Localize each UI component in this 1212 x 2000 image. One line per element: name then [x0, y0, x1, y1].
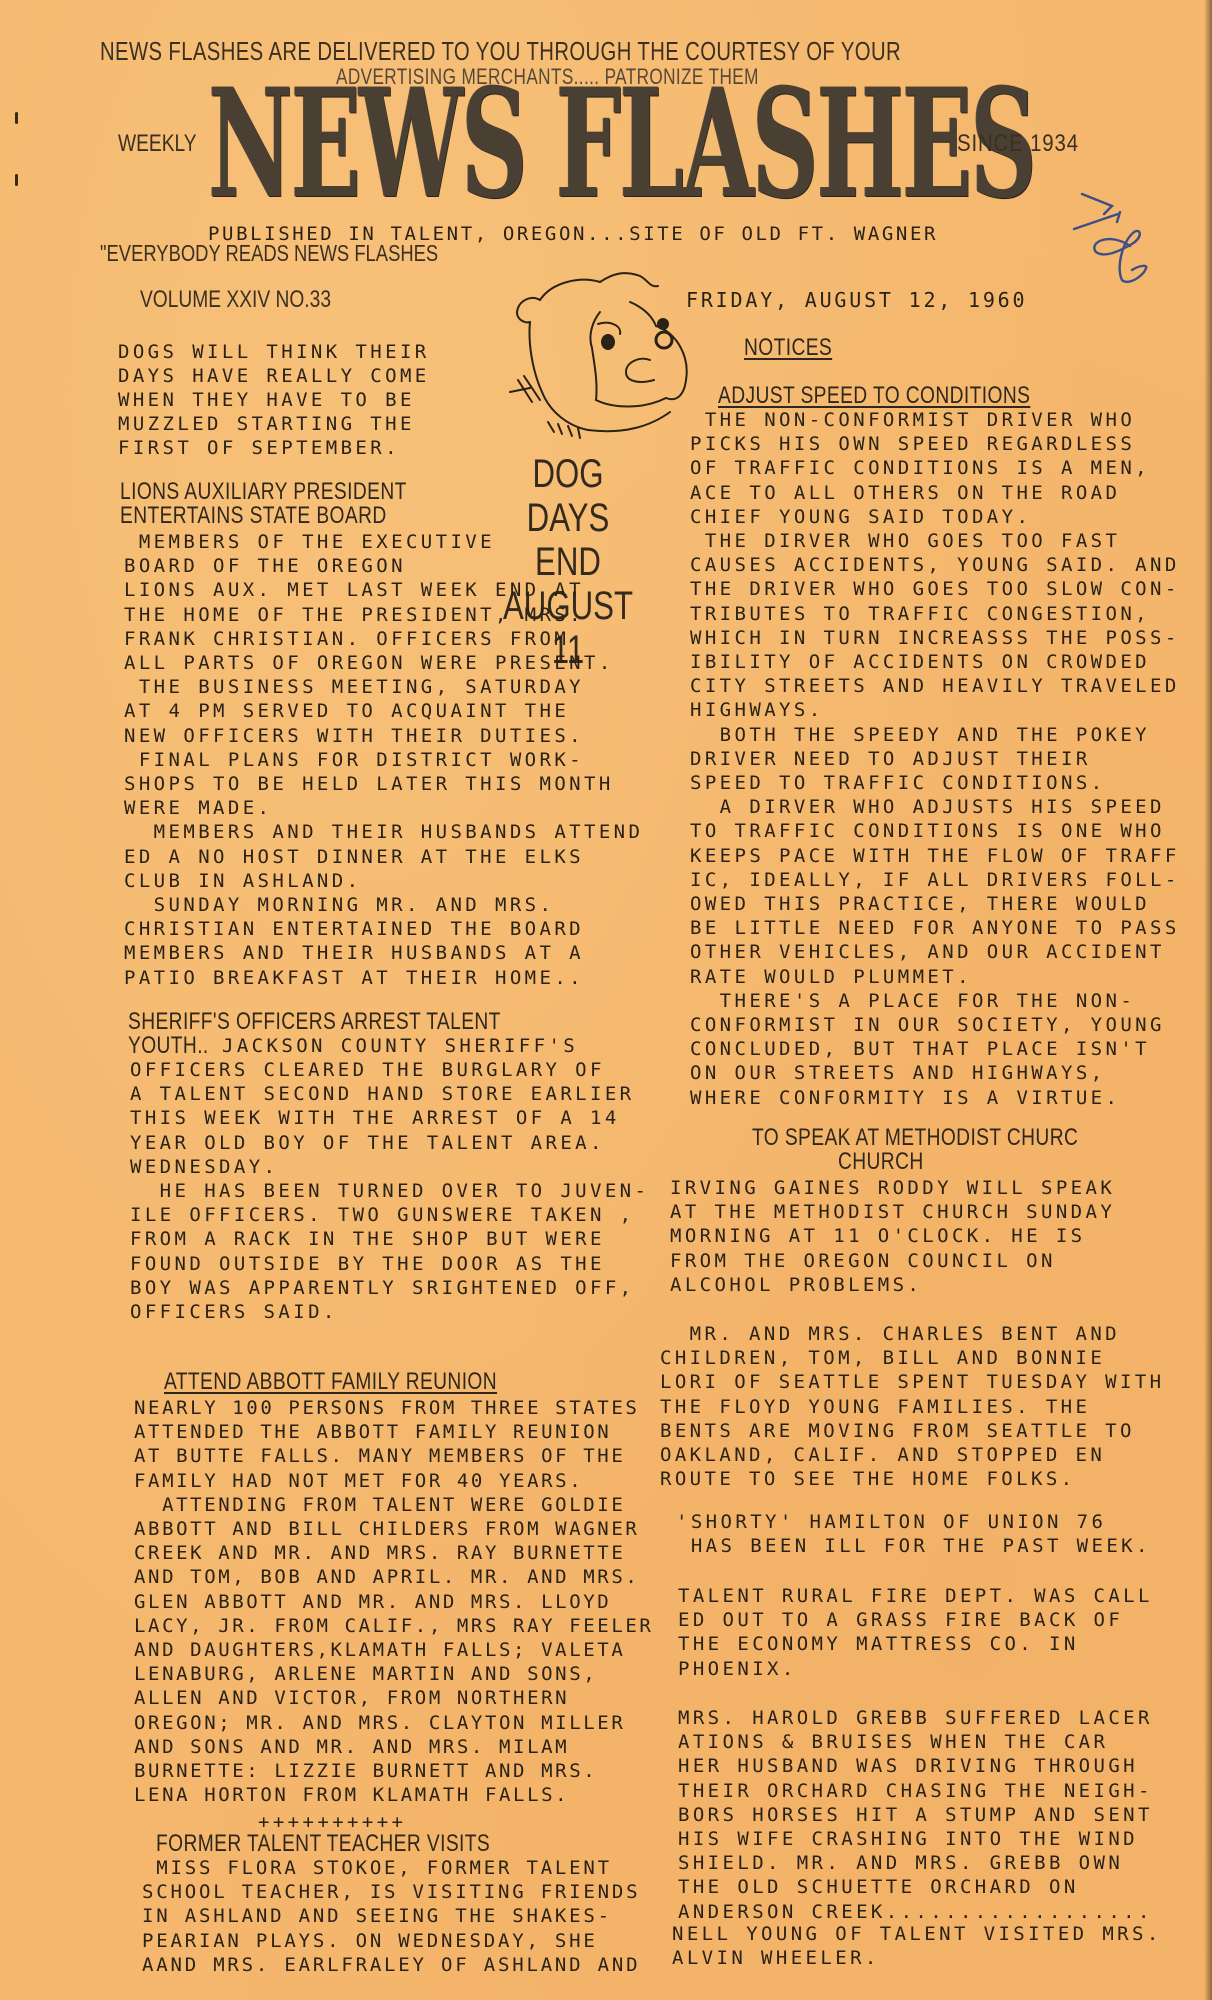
article-line: OFFICERS CLEARED THE BURGLARY OF — [130, 1058, 649, 1082]
article-line: PHOENIX. — [678, 1657, 1153, 1681]
article-line: LACY, JR. FROM CALIF., MRS RAY FEELER — [134, 1614, 653, 1638]
article-line: ABBOTT AND BILL CHILDERS FROM WAGNER — [134, 1517, 653, 1541]
article-line: OAKLAND, CALIF. AND STOPPED EN — [660, 1443, 1165, 1467]
article-line: LORI OF SEATTLE SPENT TUESDAY WITH — [660, 1370, 1165, 1394]
article-line: SHIELD. MR. AND MRS. GREBB OWN — [678, 1851, 1153, 1875]
teacher-article-body: MISS FLORA STOKOE, FORMER TALENTSCHOOL T… — [142, 1856, 640, 1977]
article-line: MR. AND MRS. CHARLES BENT AND — [660, 1322, 1165, 1346]
article-line: MEMBERS AND THEIR HUSBANDS ATTEND — [124, 820, 643, 844]
article-line: 'SHORTY' HAMILTON OF UNION 76 — [676, 1510, 1151, 1534]
article-line: CAUSES ACCIDENTS, YOUNG SAID. AND — [690, 553, 1180, 577]
article-line: LIONS AUX. MET LAST WEEK END AT — [124, 578, 643, 602]
methodist-headline-2: CHURCH — [838, 1150, 924, 1174]
article-line: PICKS HIS OWN SPEED REGARDLESS — [690, 432, 1180, 456]
lions-article-body: MEMBERS OF THE EXECUTIVEBOARD OF THE ORE… — [124, 530, 643, 990]
issue-date: FRIDAY, AUGUST 12, 1960 — [686, 288, 1027, 312]
article-line: FROM THE OREGON COUNCIL ON — [670, 1249, 1115, 1273]
article-line: CONFORMIST IN OUR SOCIETY, YOUNG — [690, 1013, 1180, 1037]
methodist-headline: TO SPEAK AT METHODIST CHURC — [752, 1126, 1078, 1150]
article-line: SCHOOL TEACHER, IS VISITING FRIENDS — [142, 1880, 640, 1904]
sheriff-article-first-line: JACKSON COUNTY SHERIFF'S — [222, 1034, 578, 1058]
teacher-headline: FORMER TALENT TEACHER VISITS — [156, 1832, 490, 1856]
article-line: LENABURG, ARLENE MARTIN AND SONS, — [134, 1662, 653, 1686]
article-line: AT BUTTE FALLS. MANY MEMBERS OF THE — [134, 1444, 653, 1468]
article-line: JACKSON COUNTY SHERIFF'S — [222, 1034, 578, 1058]
article-line: PATIO BREAKFAST AT THEIR HOME.. — [124, 966, 643, 990]
article-line: IC, IDEALLY, IF ALL DRIVERS FOLL- — [690, 868, 1180, 892]
article-line: A DIRVER WHO ADJUSTS HIS SPEED — [690, 795, 1180, 819]
article-line: AAND MRS. EARLFRALEY OF ASHLAND AND — [142, 1953, 640, 1977]
masthead-title: NEWS FLASHES — [208, 74, 654, 214]
article-line: MEMBERS OF THE EXECUTIVE — [124, 530, 643, 554]
article-line: ED A NO HOST DINNER AT THE ELKS — [124, 845, 643, 869]
article-line: IN ASHLAND AND SEEING THE SHAKES- — [142, 1904, 640, 1928]
article-line: TALENT RURAL FIRE DEPT. WAS CALL — [678, 1584, 1153, 1608]
article-line: ALCOHOL PROBLEMS. — [670, 1273, 1115, 1297]
methodist-article-body: IRVING GAINES RODDY WILL SPEAKAT THE MET… — [670, 1176, 1115, 1297]
article-line: HIS WIFE CRASHING INTO THE WIND — [678, 1827, 1153, 1851]
article-line: MRS. HAROLD GREBB SUFFERED LACER — [678, 1706, 1153, 1730]
article-line: FAMILY HAD NOT MET FOR 40 YEARS. — [134, 1469, 653, 1493]
article-line: CONCLUDED, BUT THAT PLACE ISN'T — [690, 1037, 1180, 1061]
article-line: THIS WEEK WITH THE ARREST OF A 14 — [130, 1106, 649, 1130]
article-line: SUNDAY MORNING MR. AND MRS. — [124, 893, 643, 917]
article-line: ILE OFFICERS. TWO GUNSWERE TAKEN , — [130, 1203, 649, 1227]
article-line: OTHER VEHICLES, AND OUR ACCIDENT — [690, 940, 1180, 964]
sheriff-headline: SHERIFF'S OFFICERS ARREST TALENT — [128, 1010, 501, 1034]
abbott-headline: ATTEND ABBOTT FAMILY REUNION — [164, 1370, 497, 1394]
article-line: CHRISTIAN ENTERTAINED THE BOARD — [124, 917, 643, 941]
article-line: BOTH THE SPEEDY AND THE POKEY — [690, 723, 1180, 747]
article-line: TO TRAFFIC CONDITIONS IS ONE WHO — [690, 819, 1180, 843]
article-line: CHIEF YOUNG SAID TODAY. — [690, 505, 1180, 529]
frequency-label: WEEKLY — [118, 130, 197, 158]
article-line: ROUTE TO SEE THE HOME FOLKS. — [660, 1467, 1165, 1491]
grebb-article-body: MRS. HAROLD GREBB SUFFERED LACERATIONS &… — [678, 1706, 1153, 1924]
article-line: NELL YOUNG OF TALENT VISITED MRS. — [672, 1922, 1162, 1946]
article-line: THE FLOYD YOUNG FAMILIES. THE — [660, 1395, 1165, 1419]
article-line: FOUND OUTSIDE BY THE DOOR AS THE — [130, 1252, 649, 1276]
article-line: OREGON; MR. AND MRS. CLAYTON MILLER — [134, 1711, 653, 1735]
lions-headline-1: LIONS AUXILIARY PRESIDENT — [120, 480, 407, 504]
article-line: CREEK AND MR. AND MRS. RAY BURNETTE — [134, 1541, 653, 1565]
handwritten-note-icon — [1060, 184, 1160, 304]
article-line: BURNETTE: LIZZIE BURNETT AND MRS. — [134, 1759, 653, 1783]
article-line: AND TOM, BOB AND APRIL. MR. AND MRS. — [134, 1565, 653, 1589]
article-line: BENTS ARE MOVING FROM SEATTLE TO — [660, 1419, 1165, 1443]
article-line: SPEED TO TRAFFIC CONDITIONS. — [690, 771, 1180, 795]
article-line: ALL PARTS OF OREGON WERE PRESENT. — [124, 651, 643, 675]
article-line: DRIVER NEED TO ADJUST THEIR — [690, 747, 1180, 771]
article-line: FROM A RACK IN THE SHOP BUT WERE — [130, 1227, 649, 1251]
article-line: BOARD OF THE OREGON — [124, 554, 643, 578]
bulldog-illustration-icon — [480, 252, 700, 442]
article-line: DAYS HAVE REALLY COME — [118, 364, 430, 388]
article-line: HER HUSBAND WAS DRIVING THROUGH — [678, 1754, 1153, 1778]
article-line: DOGS WILL THINK THEIR — [118, 340, 430, 364]
article-line: WHICH IN TURN INCREASSS THE POSS- — [690, 626, 1180, 650]
article-line: THE NON-CONFORMIST DRIVER WHO — [690, 408, 1180, 432]
article-line: ALVIN WHEELER. — [672, 1946, 1162, 1970]
article-line: FRANK CHRISTIAN. OFFICERS FROM — [124, 627, 643, 651]
article-line: IBILITY OF ACCIDENTS ON CROWDED — [690, 650, 1180, 674]
abbott-article-body: NEARLY 100 PERSONS FROM THREE STATESATTE… — [134, 1396, 653, 1807]
article-line: THE HOME OF THE PRESIDENT, MRS. — [124, 603, 643, 627]
speed-headline: ADJUST SPEED TO CONDITIONS — [718, 384, 1030, 408]
article-line: ACE TO ALL OTHERS ON THE ROAD — [690, 481, 1180, 505]
article-line: OFFICERS SAID. — [130, 1300, 649, 1324]
article-line: AND DAUGHTERS,KLAMATH FALLS; VALETA — [134, 1638, 653, 1662]
article-line: NEARLY 100 PERSONS FROM THREE STATES — [134, 1396, 653, 1420]
article-line: ED OUT TO A GRASS FIRE BACK OF — [678, 1608, 1153, 1632]
article-line: MUZZLED STARTING THE — [118, 412, 430, 436]
notices-section-title: NOTICES — [744, 336, 832, 360]
article-line: CLUB IN ASHLAND. — [124, 869, 643, 893]
article-line: THEIR ORCHARD CHASING THE NEIGH- — [678, 1779, 1153, 1803]
since-label: SINCE 1934 — [957, 130, 1079, 158]
article-line: MISS FLORA STOKOE, FORMER TALENT — [142, 1856, 640, 1880]
article-line: HIGHWAYS. — [690, 698, 1180, 722]
article-line: ATTENDED THE ABBOTT FAMILY REUNION — [134, 1420, 653, 1444]
article-line: NEW OFFICERS WITH THEIR DUTIES. — [124, 724, 643, 748]
lions-headline-2: ENTERTAINS STATE BOARD — [120, 504, 387, 528]
article-line: BOY WAS APPARENTLY SRIGHTENED OFF, — [130, 1276, 649, 1300]
article-line: HE HAS BEEN TURNED OVER TO JUVEN- — [130, 1179, 649, 1203]
article-line: KEEPS PACE WITH THE FLOW OF TRAFF — [690, 844, 1180, 868]
binding-mark — [15, 112, 18, 124]
article-line: CHILDREN, TOM, BILL AND BONNIE — [660, 1346, 1165, 1370]
article-line: OWED THIS PRACTICE, THERE WOULD — [690, 892, 1180, 916]
speed-article-body: THE NON-CONFORMIST DRIVER WHOPICKS HIS O… — [690, 408, 1180, 1110]
sheriff-article-body: OFFICERS CLEARED THE BURGLARY OFA TALENT… — [130, 1058, 649, 1324]
sheriff-headline-2: YOUTH.. — [128, 1034, 209, 1058]
article-line: ATTENDING FROM TALENT WERE GOLDIE — [134, 1493, 653, 1517]
article-line: WHERE CONFORMITY IS A VIRTUE. — [690, 1086, 1180, 1110]
article-line: AT 4 PM SERVED TO ACQUAINT THE — [124, 699, 643, 723]
dog-teaser: DOGS WILL THINK THEIRDAYS HAVE REALLY CO… — [118, 340, 430, 460]
article-line: WEDNESDAY. — [130, 1155, 649, 1179]
article-line: MEMBERS AND THEIR HUSBANDS AT A — [124, 941, 643, 965]
article-line: SHOPS TO BE HELD LATER THIS MONTH — [124, 772, 643, 796]
banner-line: DOG DAYS — [498, 452, 638, 540]
article-line: THE OLD SCHUETTE ORCHARD ON — [678, 1875, 1153, 1899]
article-line: BE LITTLE NEED FOR ANYONE TO PASS — [690, 916, 1180, 940]
article-line: AT THE METHODIST CHURCH SUNDAY — [670, 1200, 1115, 1224]
article-line: A TALENT SECOND HAND STORE EARLIER — [130, 1082, 649, 1106]
article-line: OF TRAFFIC CONDITIONS IS A MEN, — [690, 456, 1180, 480]
article-line: MORNING AT 11 O'CLOCK. HE IS — [670, 1224, 1115, 1248]
article-line: ATIONS & BRUISES WHEN THE CAR — [678, 1730, 1153, 1754]
volume-number: VOLUME XXIV No.33 — [140, 286, 331, 314]
scan-edge-shadow — [1204, 0, 1212, 2000]
article-line: HAS BEEN ILL FOR THE PAST WEEK. — [676, 1534, 1151, 1558]
article-line: WERE MADE. — [124, 796, 643, 820]
article-line: GLEN ABBOTT AND MR. AND MRS. LLOYD — [134, 1590, 653, 1614]
article-line: LENA HORTON FROM KLAMATH FALLS. — [134, 1783, 653, 1807]
article-line: THE DRIVER WHO GOES TOO SLOW CON- — [690, 577, 1180, 601]
article-line: RATE WOULD PLUMMET. — [690, 965, 1180, 989]
article-line: ON OUR STREETS AND HIGHWAYS, — [690, 1061, 1180, 1085]
article-line: FIRST OF SEPTEMBER. — [118, 436, 430, 460]
article-line: TRIBUTES TO TRAFFIC CONGESTION, — [690, 602, 1180, 626]
binding-mark — [15, 174, 18, 186]
newsletter-page: NEWS FLASHES ARE DELIVERED TO YOU THROUG… — [0, 0, 1212, 2000]
article-line: THE BUSINESS MEETING, SATURDAY — [124, 675, 643, 699]
article-line: AND SONS AND MR. AND MRS. MILAM — [134, 1735, 653, 1759]
article-line: THE DIRVER WHO GOES TOO FAST — [690, 529, 1180, 553]
article-line: ALLEN AND VICTOR, FROM NORTHERN — [134, 1686, 653, 1710]
article-line: YEAR OLD BOY OF THE TALENT AREA. — [130, 1131, 649, 1155]
article-line: PEARIAN PLAYS. ON WEDNESDAY, SHE — [142, 1929, 640, 1953]
nell-article-body: NELL YOUNG OF TALENT VISITED MRS.ALVIN W… — [672, 1922, 1162, 1970]
article-line: IRVING GAINES RODDY WILL SPEAK — [670, 1176, 1115, 1200]
article-line: WHEN THEY HAVE TO BE — [118, 388, 430, 412]
hamilton-article-body: 'SHORTY' HAMILTON OF UNION 76 HAS BEEN I… — [676, 1510, 1151, 1558]
article-line: CITY STREETS AND HEAVILY TRAVELED — [690, 674, 1180, 698]
fire-article-body: TALENT RURAL FIRE DEPT. WAS CALLED OUT T… — [678, 1584, 1153, 1681]
article-line: BORS HORSES HIT A STUMP AND SENT — [678, 1803, 1153, 1827]
bent-article-body: MR. AND MRS. CHARLES BENT ANDCHILDREN, T… — [660, 1322, 1165, 1491]
article-line: THERE'S A PLACE FOR THE NON- — [690, 989, 1180, 1013]
article-line: FINAL PLANS FOR DISTRICT WORK- — [124, 748, 643, 772]
article-line: THE ECONOMY MATTRESS CO. IN — [678, 1632, 1153, 1656]
article-line: ANDERSON CREEK.................. — [678, 1900, 1153, 1924]
slogan: "EVERYBODY READS NEWS FLASHES — [100, 240, 438, 267]
